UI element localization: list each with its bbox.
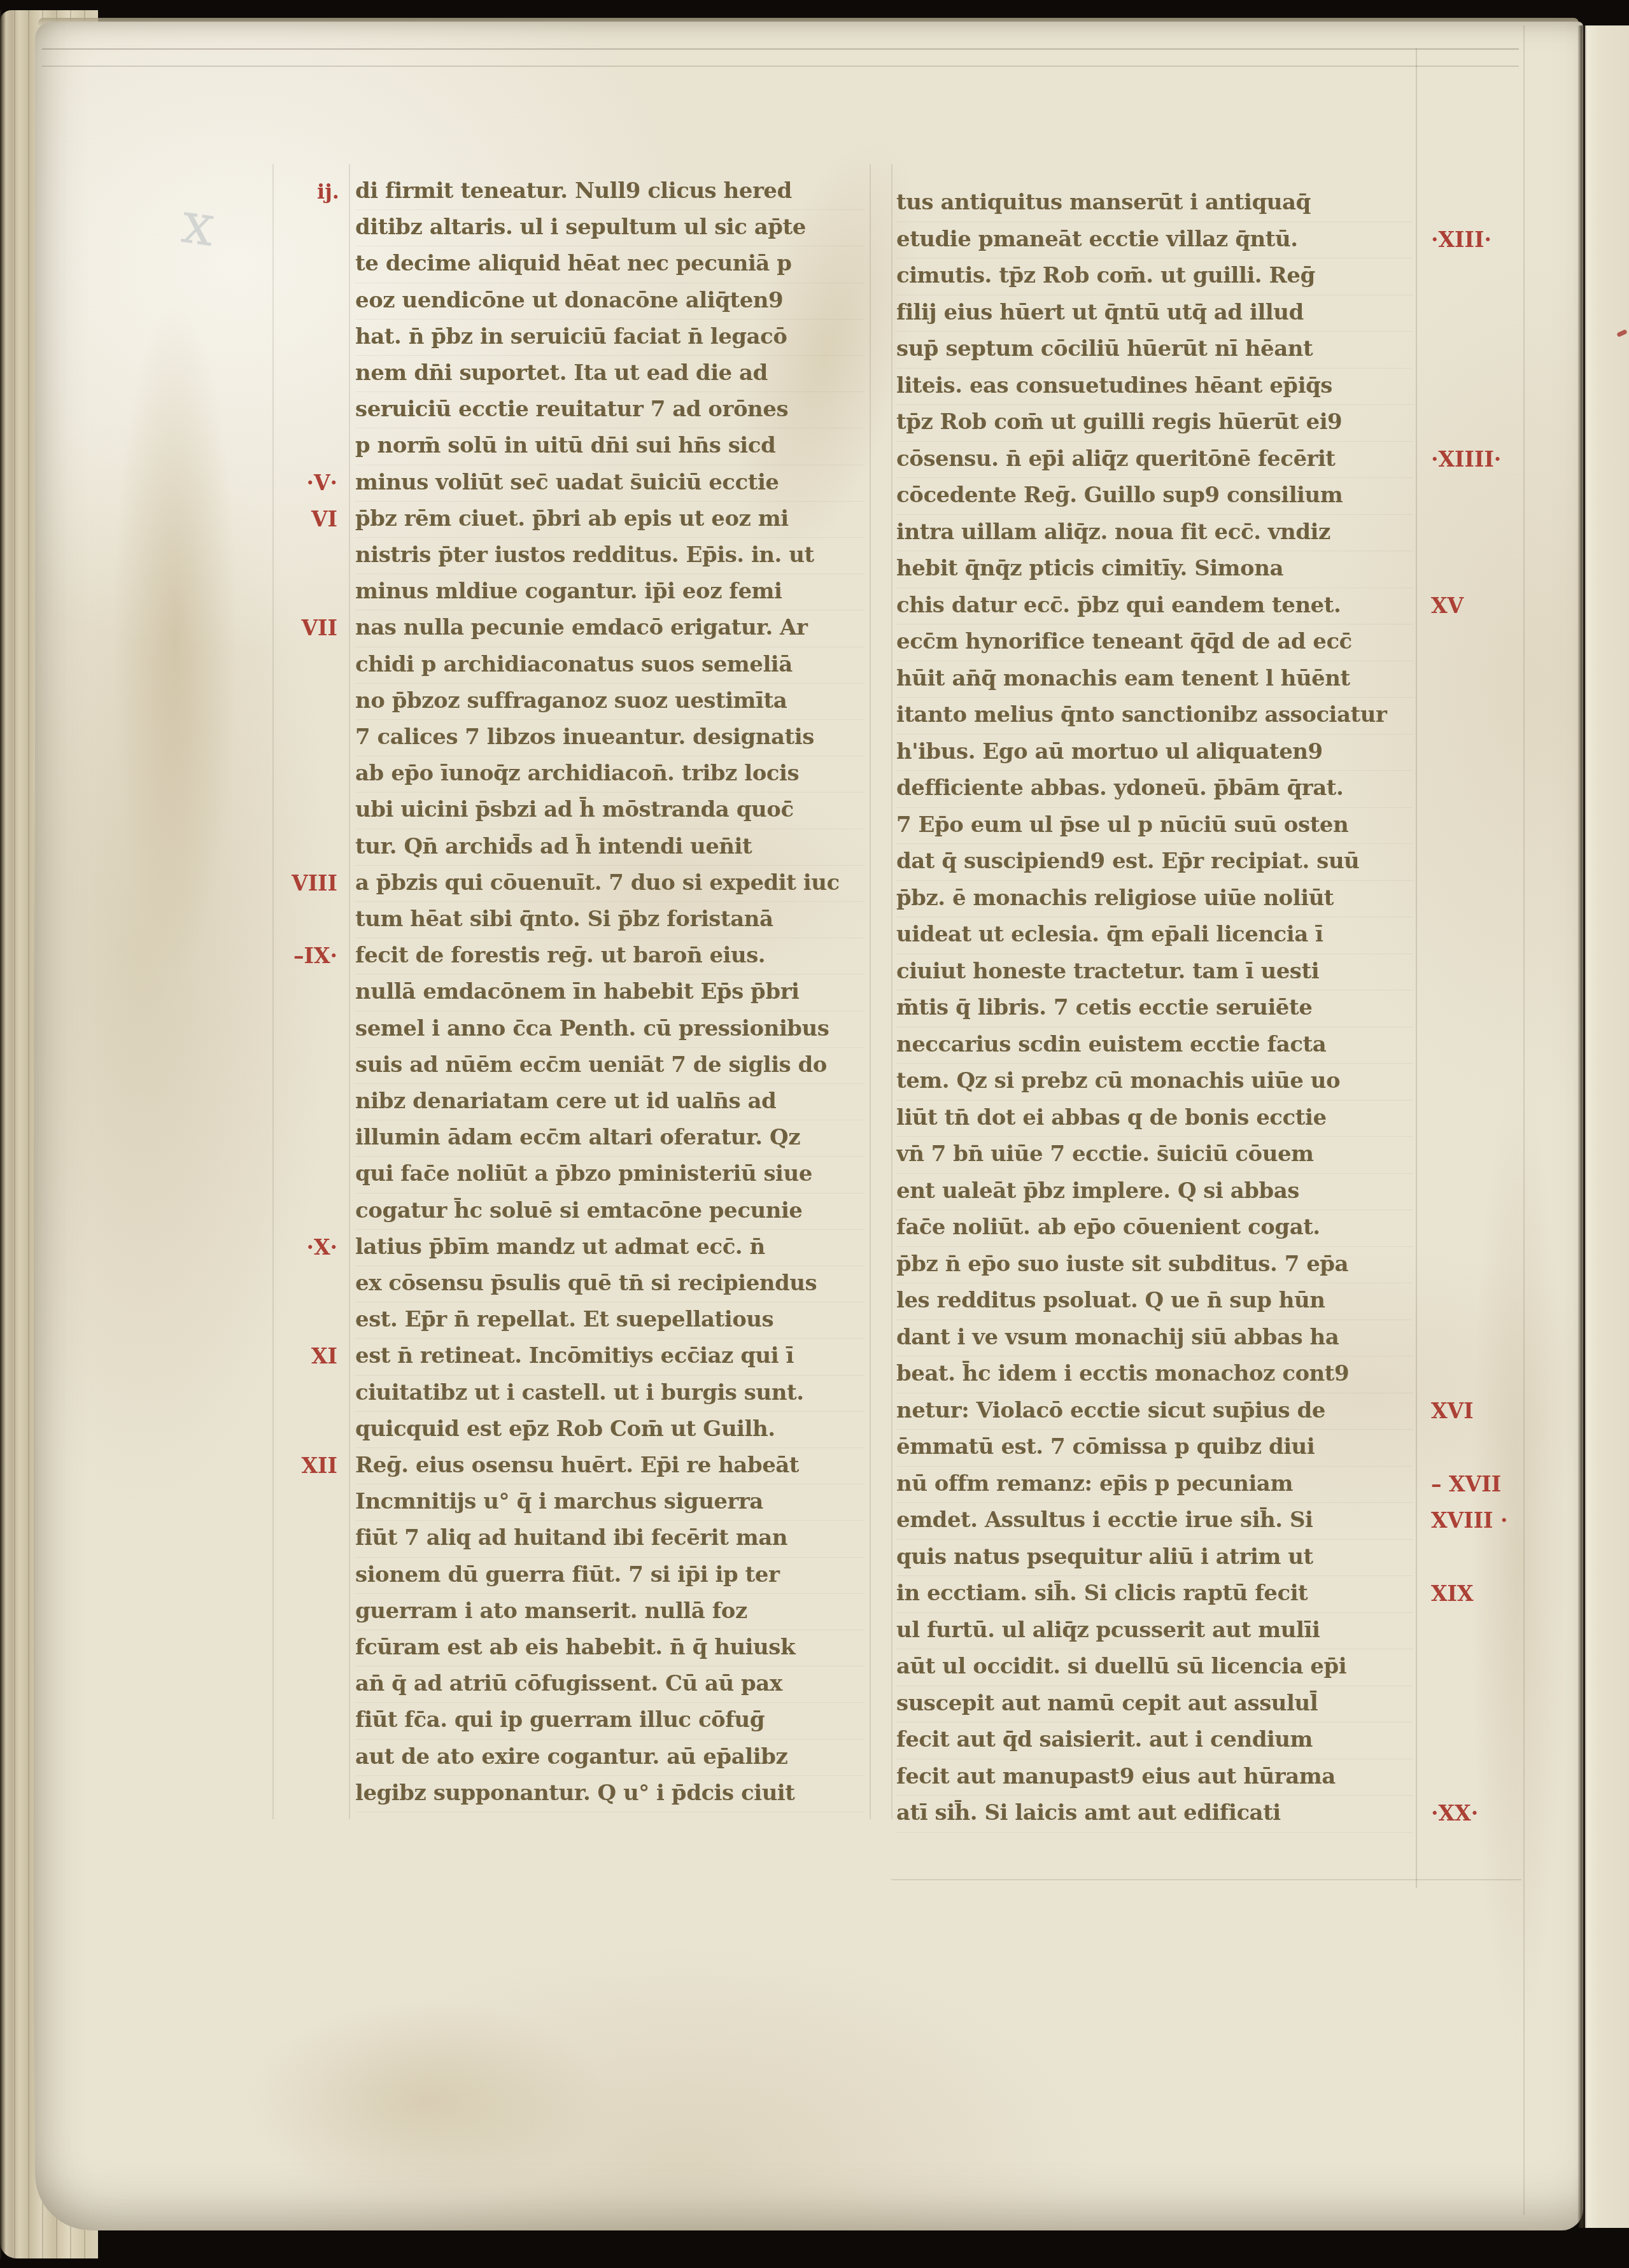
text-line: tus antiquitus manserūt i antiquaq̄: [896, 185, 1413, 222]
text-line: defficiente abbas. ydoneū. p̄bām q̄rat…: [896, 770, 1413, 808]
text-line: ditibz altaris. ul i sepultum ul sic ap̄…: [355, 209, 864, 246]
text-line: ubi uicini p̄sbzi ad h̄ mōstranda quoc̄: [355, 792, 864, 829]
text-line: suis ad nūēm ecc̄m ueniāt 7 de siglis…: [355, 1047, 864, 1084]
text-line: filij eius hūert ut q̄ntū utq̄ ad illu…: [896, 295, 1413, 332]
text-line: qui fac̄e noliūt a p̄bzo pministeriū s…: [355, 1156, 864, 1193]
right-margin-numeral: XVI: [1431, 1393, 1474, 1430]
text-line: p̄bz rēm ciuet. p̄bri ab epis ut eoz mi: [355, 501, 864, 538]
text-line: itanto melius q̄nto sanctionibz associat…: [896, 697, 1413, 735]
text-line: liteis. eas consuetudines hēant ep̄iq̄s: [896, 368, 1413, 405]
text-line: etudie pmaneāt ecctie villaz q̄ntū.: [896, 222, 1413, 259]
text-line: illumin ādam ecc̄m altari oferatur. Qz: [355, 1120, 864, 1157]
text-line: fiūt 7 aliq ad huitand ibi fecērit man: [355, 1520, 864, 1557]
right-margin-numeral: – XVII: [1431, 1466, 1501, 1503]
text-line: aūt ul occidit. si duellū sū licencia…: [896, 1649, 1413, 1686]
text-line: fecit aut q̄d saisierit. aut i cendium: [896, 1722, 1413, 1759]
manuscript-photograph: x ij. di firmit teneatur. Null9 clicus h…: [0, 0, 1629, 2268]
text-line: aut de ato exire cogantur. aū ep̄alibz: [355, 1739, 864, 1776]
left-margin-numeral: ·X·: [306, 1229, 337, 1265]
text-line: ab ep̄o īunoq̄z archidiacon̄. tribz loc…: [355, 756, 864, 792]
text-line: p̄bz n̄ ep̄o suo iuste sit subditus. 7 e…: [896, 1246, 1413, 1284]
left-margin-numeral: XII: [302, 1447, 337, 1484]
left-margin-numeral: VIII: [292, 865, 337, 901]
text-line: suscepit aut namū cepit aut assulul̄: [896, 1686, 1413, 1723]
text-line: semel i anno c̄ca Penth. cū pressionibu…: [355, 1011, 864, 1048]
text-line: Reḡ. eius osensu huērt. Ep̄i re habeā…: [355, 1447, 864, 1484]
ruling-line: [870, 164, 871, 1819]
left-margin-numeral: ·V·: [306, 465, 337, 501]
text-line: ciuitatibz ut i castell. ut i burgis sun…: [355, 1375, 864, 1412]
left-margin-numeral: VI: [311, 501, 337, 537]
text-line: p norm̄ solū in uitū dn̄i sui hn̄s sic…: [355, 428, 864, 465]
ruling-line: [891, 1879, 1521, 1880]
text-line: cimutis. tp̄z Rob com̄. ut guilli. Reḡ: [896, 258, 1413, 295]
text-line: Incmnitijs u° q̄ i marchus siguerra: [355, 1484, 864, 1521]
ruling-line: [1416, 48, 1417, 1888]
right-text-column: tus antiquitus manserūt i antiquaq̄etud…: [896, 185, 1413, 1852]
left-text-column: di firmit teneatur. Null9 clicus hereddi…: [355, 173, 864, 1828]
text-line: te decime aliquid hēat nec pecuniā p: [355, 246, 864, 283]
text-line: sup̄ septum cōciliū hūerūt nī hēan…: [896, 331, 1413, 369]
text-line: vn̄ 7 bn̄ uiūe 7 ecctie. s̄uiciū cōue…: [896, 1136, 1413, 1174]
text-line: liūt tn̄ dot ei abbas q de bonis ecctie: [896, 1100, 1413, 1138]
text-line: les redditus psoluat. Q ue n̄ sup hūn: [896, 1283, 1413, 1320]
text-line: latius p̄bīm mandz ut admat ecc̄. n̄: [355, 1229, 864, 1266]
text-line: fiūt fc̄a. qui ip guerram illuc cōfuḡ: [355, 1702, 864, 1739]
text-line: atī sih̄. Si laicis amt aut edificati: [896, 1795, 1413, 1833]
text-line: 7 calices 7 libzos inueantur. designatis: [355, 719, 864, 756]
text-line: in ecctiam. sih̄. Si clicis raptū fecit: [896, 1575, 1413, 1613]
text-line: hat. n̄ p̄bz in seruiciū faciat n̄ lega…: [355, 319, 864, 356]
text-line: dat q̄ suscipiend9 est. Ep̄r recipiat. s…: [896, 843, 1413, 881]
text-line: quis natus psequitur aliū i atrim ut: [896, 1539, 1413, 1577]
text-line: nū offm remanz: ep̄is p pecuniam: [896, 1466, 1413, 1504]
text-line: hebit q̄nq̄z pticis cimitīy. Simona: [896, 551, 1413, 588]
text-line: m̄tis q̄ libris. 7 cetis ecctie seruiēt…: [896, 990, 1413, 1027]
text-line: nullā emdacōnem īn habebit Ep̄s p̄bri: [355, 974, 864, 1011]
text-line: an̄ q̄ ad atriū cōfugissent. Cū aū p…: [355, 1666, 864, 1703]
next-leaf-edge: [1585, 25, 1629, 2228]
text-line: fecit aut manupast9 eius aut hūrama: [896, 1759, 1413, 1796]
ruling-line: [891, 164, 892, 1819]
text-line: a p̄bzis qui cōuenuīt. 7 duo si expedi…: [355, 865, 864, 902]
text-line: guerram i ato manserit. nullā foz: [355, 1593, 864, 1630]
right-margin-numeral: ·XIII·: [1431, 222, 1491, 258]
text-line: cogatur h̄c soluē si emtacōne pecunie: [355, 1193, 864, 1230]
text-line: uideat ut eclesia. q̄m ep̄ali licencia i…: [896, 917, 1413, 954]
text-line: fac̄e noliūt. ab ep̄o cōuenient cogat.: [896, 1209, 1413, 1247]
text-line: chidi p archidiaconatus suos semeliā: [355, 647, 864, 684]
ruling-line: [42, 48, 1519, 50]
text-line: nem dn̄i suportet. Ita ut ead die ad: [355, 355, 864, 392]
text-line: cōcedente Reḡ. Guillo sup9 consilium: [896, 477, 1413, 515]
text-line: minus voliūt sec̄ uadat s̄uiciū ecctie: [355, 465, 864, 502]
text-line: tum hēat sibi q̄nto. Si p̄bz foristanā: [355, 901, 864, 938]
text-line: minus mldiue cogantur. ip̄i eoz femi: [355, 574, 864, 610]
right-margin-numeral: XV: [1431, 588, 1463, 624]
left-margin-numeral: VII: [302, 610, 337, 646]
text-line: nas nulla pecunie emdacō erigatur. Ar: [355, 610, 864, 647]
text-line: no p̄bzoz suffraganoz suoz uestimīta: [355, 683, 864, 720]
text-line: quicquid est ep̄z Rob Com̄ ut Guilh.: [355, 1411, 864, 1448]
text-line: chis datur ecc̄. p̄bz qui eandem tenet.: [896, 588, 1413, 625]
text-line: intra uillam aliq̄z. noua fit ecc̄. vndi…: [896, 514, 1413, 552]
text-line: ciuiut honeste tractetur. tam ī uesti: [896, 954, 1413, 991]
text-line: cōsensu. n̄ ep̄i aliq̄z queritōnē fec…: [896, 441, 1413, 479]
gutter-shadow: [1577, 25, 1586, 2228]
text-line: tem. Qz si prebz cū monachis uiūe uo: [896, 1063, 1413, 1101]
left-margin-numeral-column: ·V·VIVIIVIII–IX··X·XIXII: [242, 173, 337, 1828]
text-line: p̄bz. ē monachis religiose uiūe noliū…: [896, 880, 1413, 918]
text-line: sionem dū guerra fiūt. 7 si ip̄i ip te…: [355, 1557, 864, 1594]
ruling-line: [349, 164, 350, 1819]
text-line: neccarius scdin euistem ecctie facta: [896, 1027, 1413, 1064]
text-line: ent ualeāt p̄bz implere. Q si abbas: [896, 1173, 1413, 1211]
text-line: tp̄z Rob com̄ ut guilli regis hūerūt e…: [896, 404, 1413, 442]
text-line: est. Ep̄r n̄ repellat. Et suepellatious: [355, 1302, 864, 1339]
right-margin-numeral: XVIII ·: [1431, 1502, 1508, 1539]
right-margin-numeral: ·XX·: [1431, 1795, 1478, 1832]
text-line: nistris p̄ter iustos redditus. Ep̄is. in…: [355, 537, 864, 574]
text-line: legibz supponantur. Q u° i p̄dcis ciuit: [355, 1775, 864, 1812]
text-line: est n̄ retineat. Incōmitiys ecc̄iaz qui…: [355, 1338, 864, 1375]
text-line: eoz uendicōne ut donacōne aliq̄ten9: [355, 283, 864, 320]
text-line: fcūram est ab eis habebit. n̄ q̄ huiusk: [355, 1630, 864, 1666]
text-line: ex cōsensu p̄sulis quē tn̄ si recipien…: [355, 1265, 864, 1302]
text-line: dant i ve vsum monachij siū abbas ha: [896, 1320, 1413, 1357]
text-line: fecit de forestis reḡ. ut baron̄ eius.: [355, 938, 864, 975]
right-margin-numeral: ·XIIII·: [1431, 441, 1501, 478]
text-line: tur. Qn̄ archid̄s ad h̄ intendi uen̄it: [355, 829, 864, 866]
text-line: ēmmatū est. 7 cōmissa p quibz diui: [896, 1429, 1413, 1467]
right-margin-numeral-column: ·XIII··XIIII·XVXVI– XVIIXVIII ·XIX·XX·: [1431, 185, 1539, 1852]
left-margin-numeral: –IX·: [293, 938, 337, 974]
text-line: emdet. Assultus i ecctie irue sih̄. Si: [896, 1502, 1413, 1540]
left-margin-numeral: XI: [311, 1338, 337, 1374]
text-line: seruiciū ecctie reuitatur 7 ad orōnes: [355, 391, 864, 428]
text-line: ecc̄m hynorifice teneant q̄q̄d de ad ecc…: [896, 624, 1413, 661]
text-line: nibz denariatam cere ut id ualn̄s ad: [355, 1083, 864, 1120]
text-line: h'ibus. Ego aū mortuo ul aliquaten9: [896, 734, 1413, 771]
text-line: ul furtū. ul aliq̄z pcusserit aut mulī…: [896, 1612, 1413, 1650]
text-line: netur: Violacō ecctie sicut sup̄ius de: [896, 1393, 1413, 1430]
ruling-line: [42, 66, 1519, 67]
right-margin-numeral: XIX: [1431, 1575, 1474, 1612]
text-line: di firmit teneatur. Null9 clicus hered: [355, 173, 864, 210]
text-line: hūit an̄q̄ monachis eam tenent l hūēn…: [896, 661, 1413, 698]
text-line: beat. h̄c idem i ecctis monachoz cont9: [896, 1356, 1413, 1393]
text-line: 7 Ep̄o eum ul p̄se ul p nūciū suū ost…: [896, 807, 1413, 845]
